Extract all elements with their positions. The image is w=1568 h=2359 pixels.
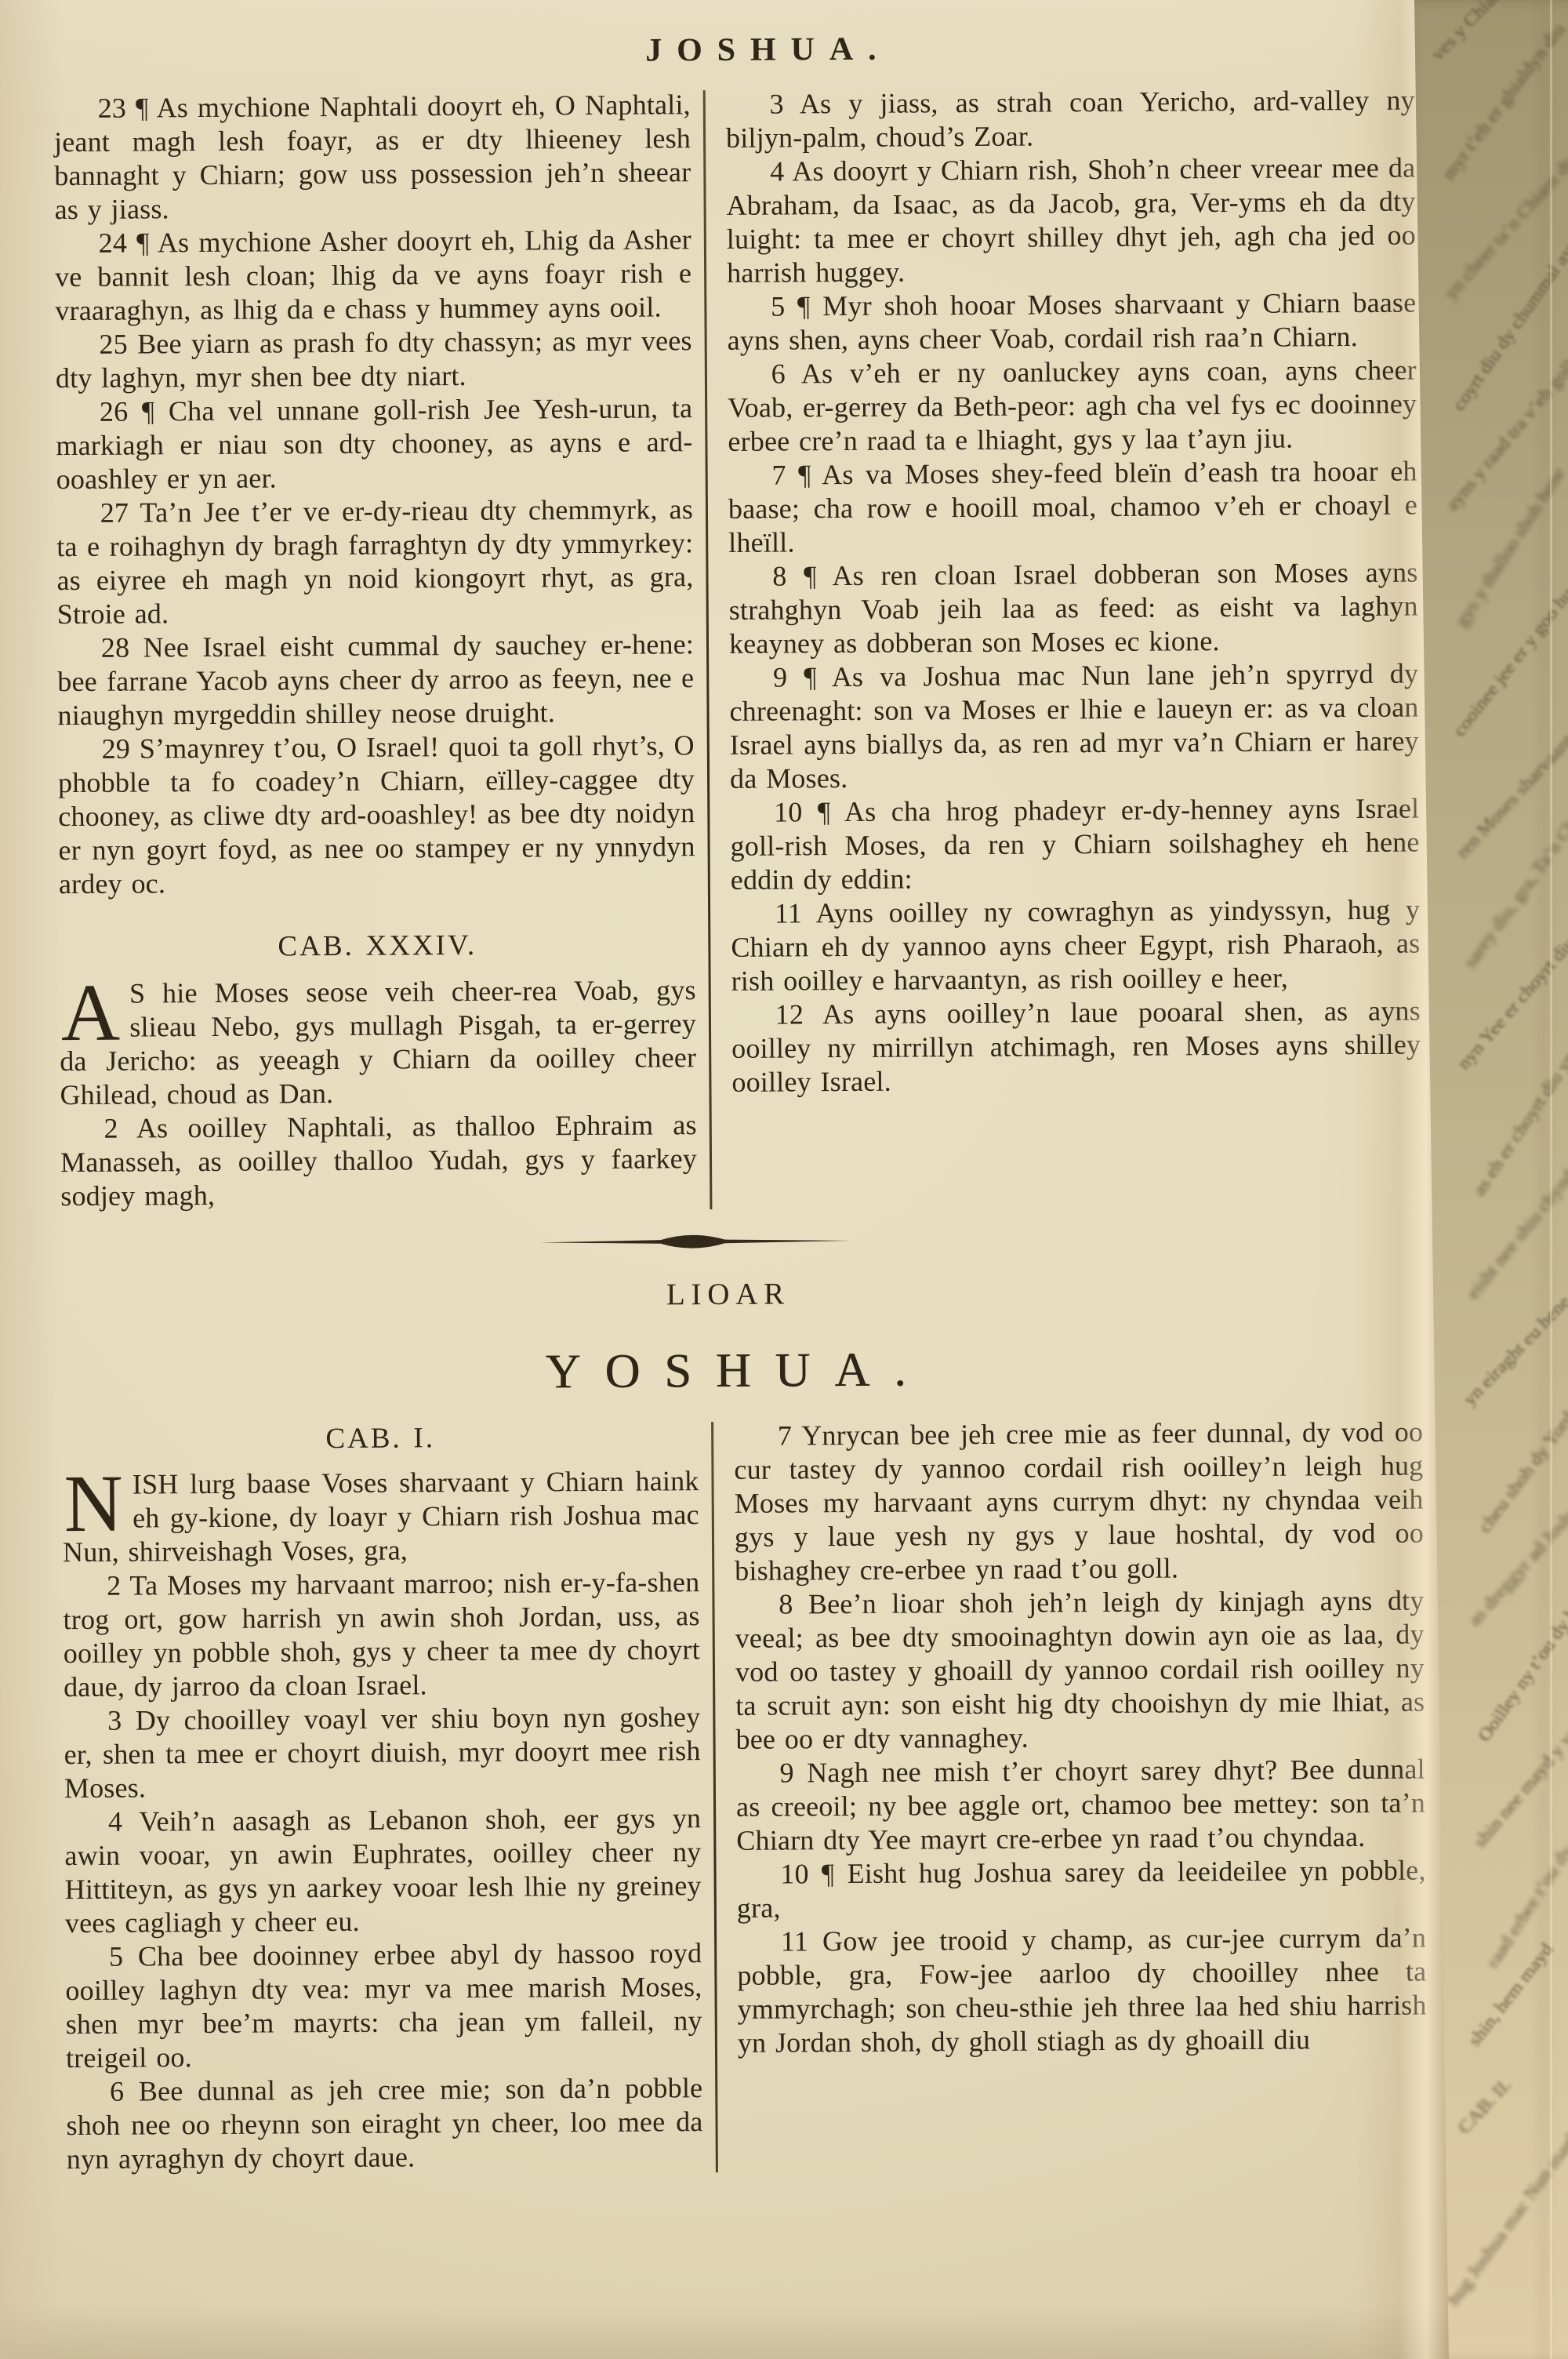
verse: NISH lurg baase Voses sharvaant y Chiarn… (62, 1464, 699, 1569)
book-title: YOSHUA. (8, 1339, 1443, 1403)
verse: 11 Gow jee trooid y champ, as cur-jee cu… (737, 1921, 1427, 2060)
verse-number: 24 (99, 227, 128, 259)
verse-number: 5 (771, 290, 785, 322)
verse: 8 Bee’n lioar shoh jeh’n leigh dy kinjag… (735, 1584, 1425, 1757)
verse: 8 ¶ As ren cloan Israel dobberan son Mos… (728, 556, 1418, 661)
verse-block: 3 As y jiass, as strah coan Yericho, ard… (726, 84, 1421, 1100)
verse: 24 ¶ As mychione Asher dooyrt eh, Lhig d… (55, 223, 692, 328)
verse-number: 10 (780, 1858, 809, 1889)
verse-number: 9 (773, 661, 787, 692)
verse: 4 Veih’n aasagh as Lebanon shoh, eer gys… (64, 1801, 702, 1940)
verse: 5 Cha bee dooinney erbee abyl dy hassoo … (65, 1936, 702, 2075)
verse-number: 3 (769, 88, 783, 119)
verse: 26 ¶ Cha vel unnane goll-rish Jee Yesh-u… (56, 391, 693, 496)
verse-number: 12 (775, 998, 804, 1030)
verse: 28 Nee Israel eisht cummal dy sauchey er… (57, 627, 695, 732)
verse-number: 7 (778, 1419, 792, 1451)
verse: 2 Ta Moses my harvaant marroo; nish er-y… (63, 1565, 700, 1704)
verse-block: 23 ¶ As mychione Naphtali dooyrt eh, O N… (54, 88, 695, 901)
book-half-title: LIOAR (8, 1272, 1443, 1316)
joshua-right-column: 7 Ynrycan bee jeh cree mie as feer dunna… (713, 1416, 1428, 2173)
verse: 29 S’maynrey t’ou, O Israel! quoi ta gol… (58, 729, 695, 901)
verse: 6 Bee dunnal as jeh cree mie; son da’n p… (66, 2071, 703, 2176)
verse-block: 7 Ynrycan bee jeh cree mie as feer dunna… (734, 1416, 1427, 2060)
adjacent-page-text-line: sarey diu, gra, Ta’n Chiarn (1461, 791, 1568, 972)
verse: 11 Ayns ooilley ny cowraghyn as yindyssy… (731, 893, 1421, 998)
verse-number: 9 (779, 1757, 793, 1788)
verse: 6 As v’eh er ny oanluckey ayns coan, ayn… (728, 354, 1417, 459)
verse-number: 11 (775, 897, 802, 929)
verse-number: 2 (107, 1570, 121, 1601)
verse-number: 25 (99, 329, 128, 360)
verse: 10 ¶ As cha hrog phadeyr er-dy-henney ay… (730, 792, 1420, 897)
verse-block: NISH lurg baase Voses sharvaant y Chiarn… (62, 1464, 703, 2176)
verse: 4 As dooyrt y Chiarn rish, Shoh’n cheer … (726, 151, 1416, 290)
verse-number: 11 (781, 1925, 808, 1957)
verse-number: 8 (772, 560, 786, 591)
verse-number: 4 (770, 155, 784, 187)
verse-number: 8 (779, 1588, 793, 1619)
verse: 2 As ooilley Naphtali, as thalloo Ephrai… (60, 1108, 698, 1213)
deut-left-column: 23 ¶ As mychione Naphtali dooyrt eh, O N… (54, 88, 710, 1213)
verse: 3 Dy chooilley voayl ver shiu boyn nyn g… (64, 1700, 701, 1805)
verse: 12 As ayns ooilley’n laue pooaral shen, … (731, 994, 1421, 1100)
verse-number: 6 (771, 358, 786, 389)
adjacent-page-text-line: CAB. II. (1454, 2074, 1515, 2138)
adjacent-page-text-line: hug Joshua mac Nun magh (1443, 2126, 1568, 2310)
verse-number: 4 (108, 1806, 122, 1837)
adjacent-page-text-line: nyn Yee er choyrt diu fea (1454, 912, 1568, 1074)
verse-number: 3 (107, 1705, 122, 1736)
verse: 9 ¶ As va Joshua mac Nun lane jeh’n spyr… (729, 657, 1419, 796)
verse-block: AS hie Moses seose veih cheer-rea Voab, … (60, 973, 698, 1213)
drop-cap: N (62, 1468, 132, 1534)
adjacent-page-text-line: shin nee mayd y yannoo (1471, 1693, 1568, 1852)
verse: 23 ¶ As mychione Naphtali dooyrt eh, O N… (54, 88, 691, 227)
verse: 25 Bee yiarn as prash fo dty chassyn; as… (56, 324, 693, 395)
joshua-left-column: CAB. I. NISH lurg baase Voses sharvaant … (62, 1419, 716, 2176)
verse: 27 Ta’n Jee t’er ve er-dy-rieau dty chem… (56, 493, 694, 631)
book-page: JOSHUA. 23 ¶ As mychione Naphtali dooyrt… (0, 0, 1449, 2359)
verse: 7 Ynrycan bee jeh cree mie as feer dunna… (734, 1416, 1424, 1588)
adjacent-page-text-line: shin, hem mayd (1465, 1939, 1557, 2050)
verse-number: 23 (98, 93, 127, 124)
chapter-heading-cab-xxxiv: CAB. XXXIV. (59, 927, 695, 965)
deut-right-column: 3 As y jiass, as strah coan Yericho, ard… (706, 84, 1422, 1210)
verse: 7 ¶ As va Moses shey-feed bleïn d’eash t… (728, 455, 1418, 560)
section-divider-ornament (539, 1232, 852, 1251)
verse-number: 26 (100, 396, 129, 427)
verse-number: 5 (109, 1941, 123, 1972)
verse-number: 29 (101, 733, 130, 765)
chapter-heading-cab-i: CAB. I. (62, 1419, 699, 1457)
verse-number: 7 (771, 459, 786, 490)
running-head: JOSHUA. (43, 27, 1478, 73)
verse-number: 28 (101, 632, 130, 663)
verse: 10 ¶ Eisht hug Joshua sarey da leeideile… (736, 1854, 1426, 1925)
drop-cap: A (60, 977, 130, 1043)
verse-number: 27 (100, 497, 129, 529)
deuteronomy-section: 23 ¶ As mychione Naphtali dooyrt eh, O N… (1, 83, 1443, 1213)
verse-number: 6 (110, 2076, 124, 2107)
adjacent-page-text-line: yn eiraght eu hene, as ayns (1460, 1244, 1568, 1410)
joshua-section: CAB. I. NISH lurg baase Voses sharvaant … (9, 1415, 1448, 2176)
verse-number: 2 (103, 1113, 118, 1144)
verse: AS hie Moses seose veih cheer-rea Voab, … (60, 973, 697, 1112)
verse: 9 Nagh nee mish t’er choyrt sarey dhyt? … (736, 1753, 1426, 1858)
verse-number: 10 (774, 796, 803, 827)
verse: 3 As y jiass, as strah coan Yericho, ard… (726, 84, 1416, 155)
verse: 5 ¶ Myr shoh hooar Moses sharvaant y Chi… (727, 286, 1417, 358)
